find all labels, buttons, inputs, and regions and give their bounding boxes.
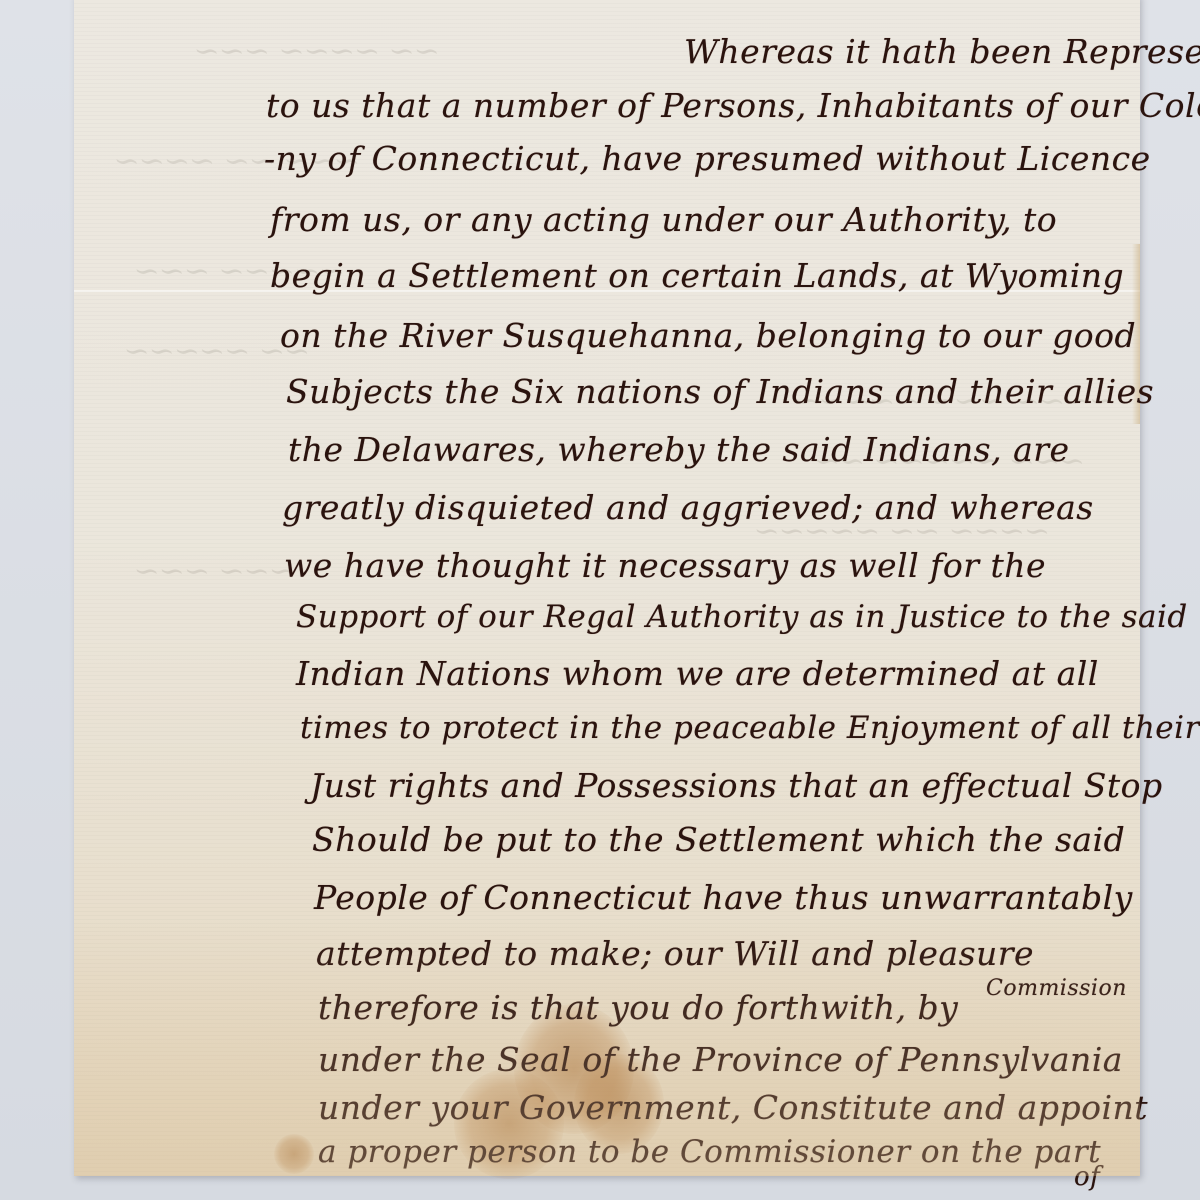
text-line: People of Connecticut have thus unwarran… <box>314 878 1133 917</box>
text-line: Support of our Regal Authority as in Jus… <box>296 599 1188 635</box>
text-line: under your Government, Constitute and ap… <box>318 1088 1148 1127</box>
text-line: therefore is that you do forthwith, by <box>318 988 958 1027</box>
text-line: of <box>1074 1162 1100 1192</box>
text-line: -ny of Connecticut, have presumed withou… <box>264 139 1151 178</box>
text-line: Indian Nations whom we are determined at… <box>296 654 1099 693</box>
text-line: under the Seal of the Province of Pennsy… <box>318 1040 1123 1079</box>
text-line: Should be put to the Settlement which th… <box>312 820 1125 859</box>
text-line: we have thought it necessary as well for… <box>284 546 1046 585</box>
text-line: begin a Settlement on certain Lands, at … <box>270 256 1124 295</box>
text-line: a proper person to be Commissioner on th… <box>318 1134 1101 1170</box>
text-line: Subjects the Six nations of Indians and … <box>286 372 1154 411</box>
manuscript-page: ~~ ~~~~ ~~~ ~~~ ~~ ~~~~ ~~~~~ ~~~ ~~ ~~~… <box>74 0 1140 1176</box>
text-line: Whereas it hath been Represented <box>684 32 1200 71</box>
text-line: Just rights and Possessions that an effe… <box>310 766 1163 805</box>
text-line: from us, or any acting under our Authori… <box>270 200 1057 239</box>
text-line: times to protect in the peaceable Enjoym… <box>300 710 1200 746</box>
text-line: the Delawares, whereby the said Indians,… <box>288 430 1070 469</box>
interlinear-insertion: Commission <box>986 976 1127 1001</box>
text-line: greatly disquieted and aggrieved; and wh… <box>282 488 1094 527</box>
text-line: on the River Susquehanna, belonging to o… <box>280 316 1136 355</box>
handwritten-text: Whereas it hath been Represented to us t… <box>74 0 1140 1176</box>
text-line: to us that a number of Persons, Inhabita… <box>266 86 1200 125</box>
text-line: attempted to make; our Will and pleasure <box>316 934 1034 973</box>
